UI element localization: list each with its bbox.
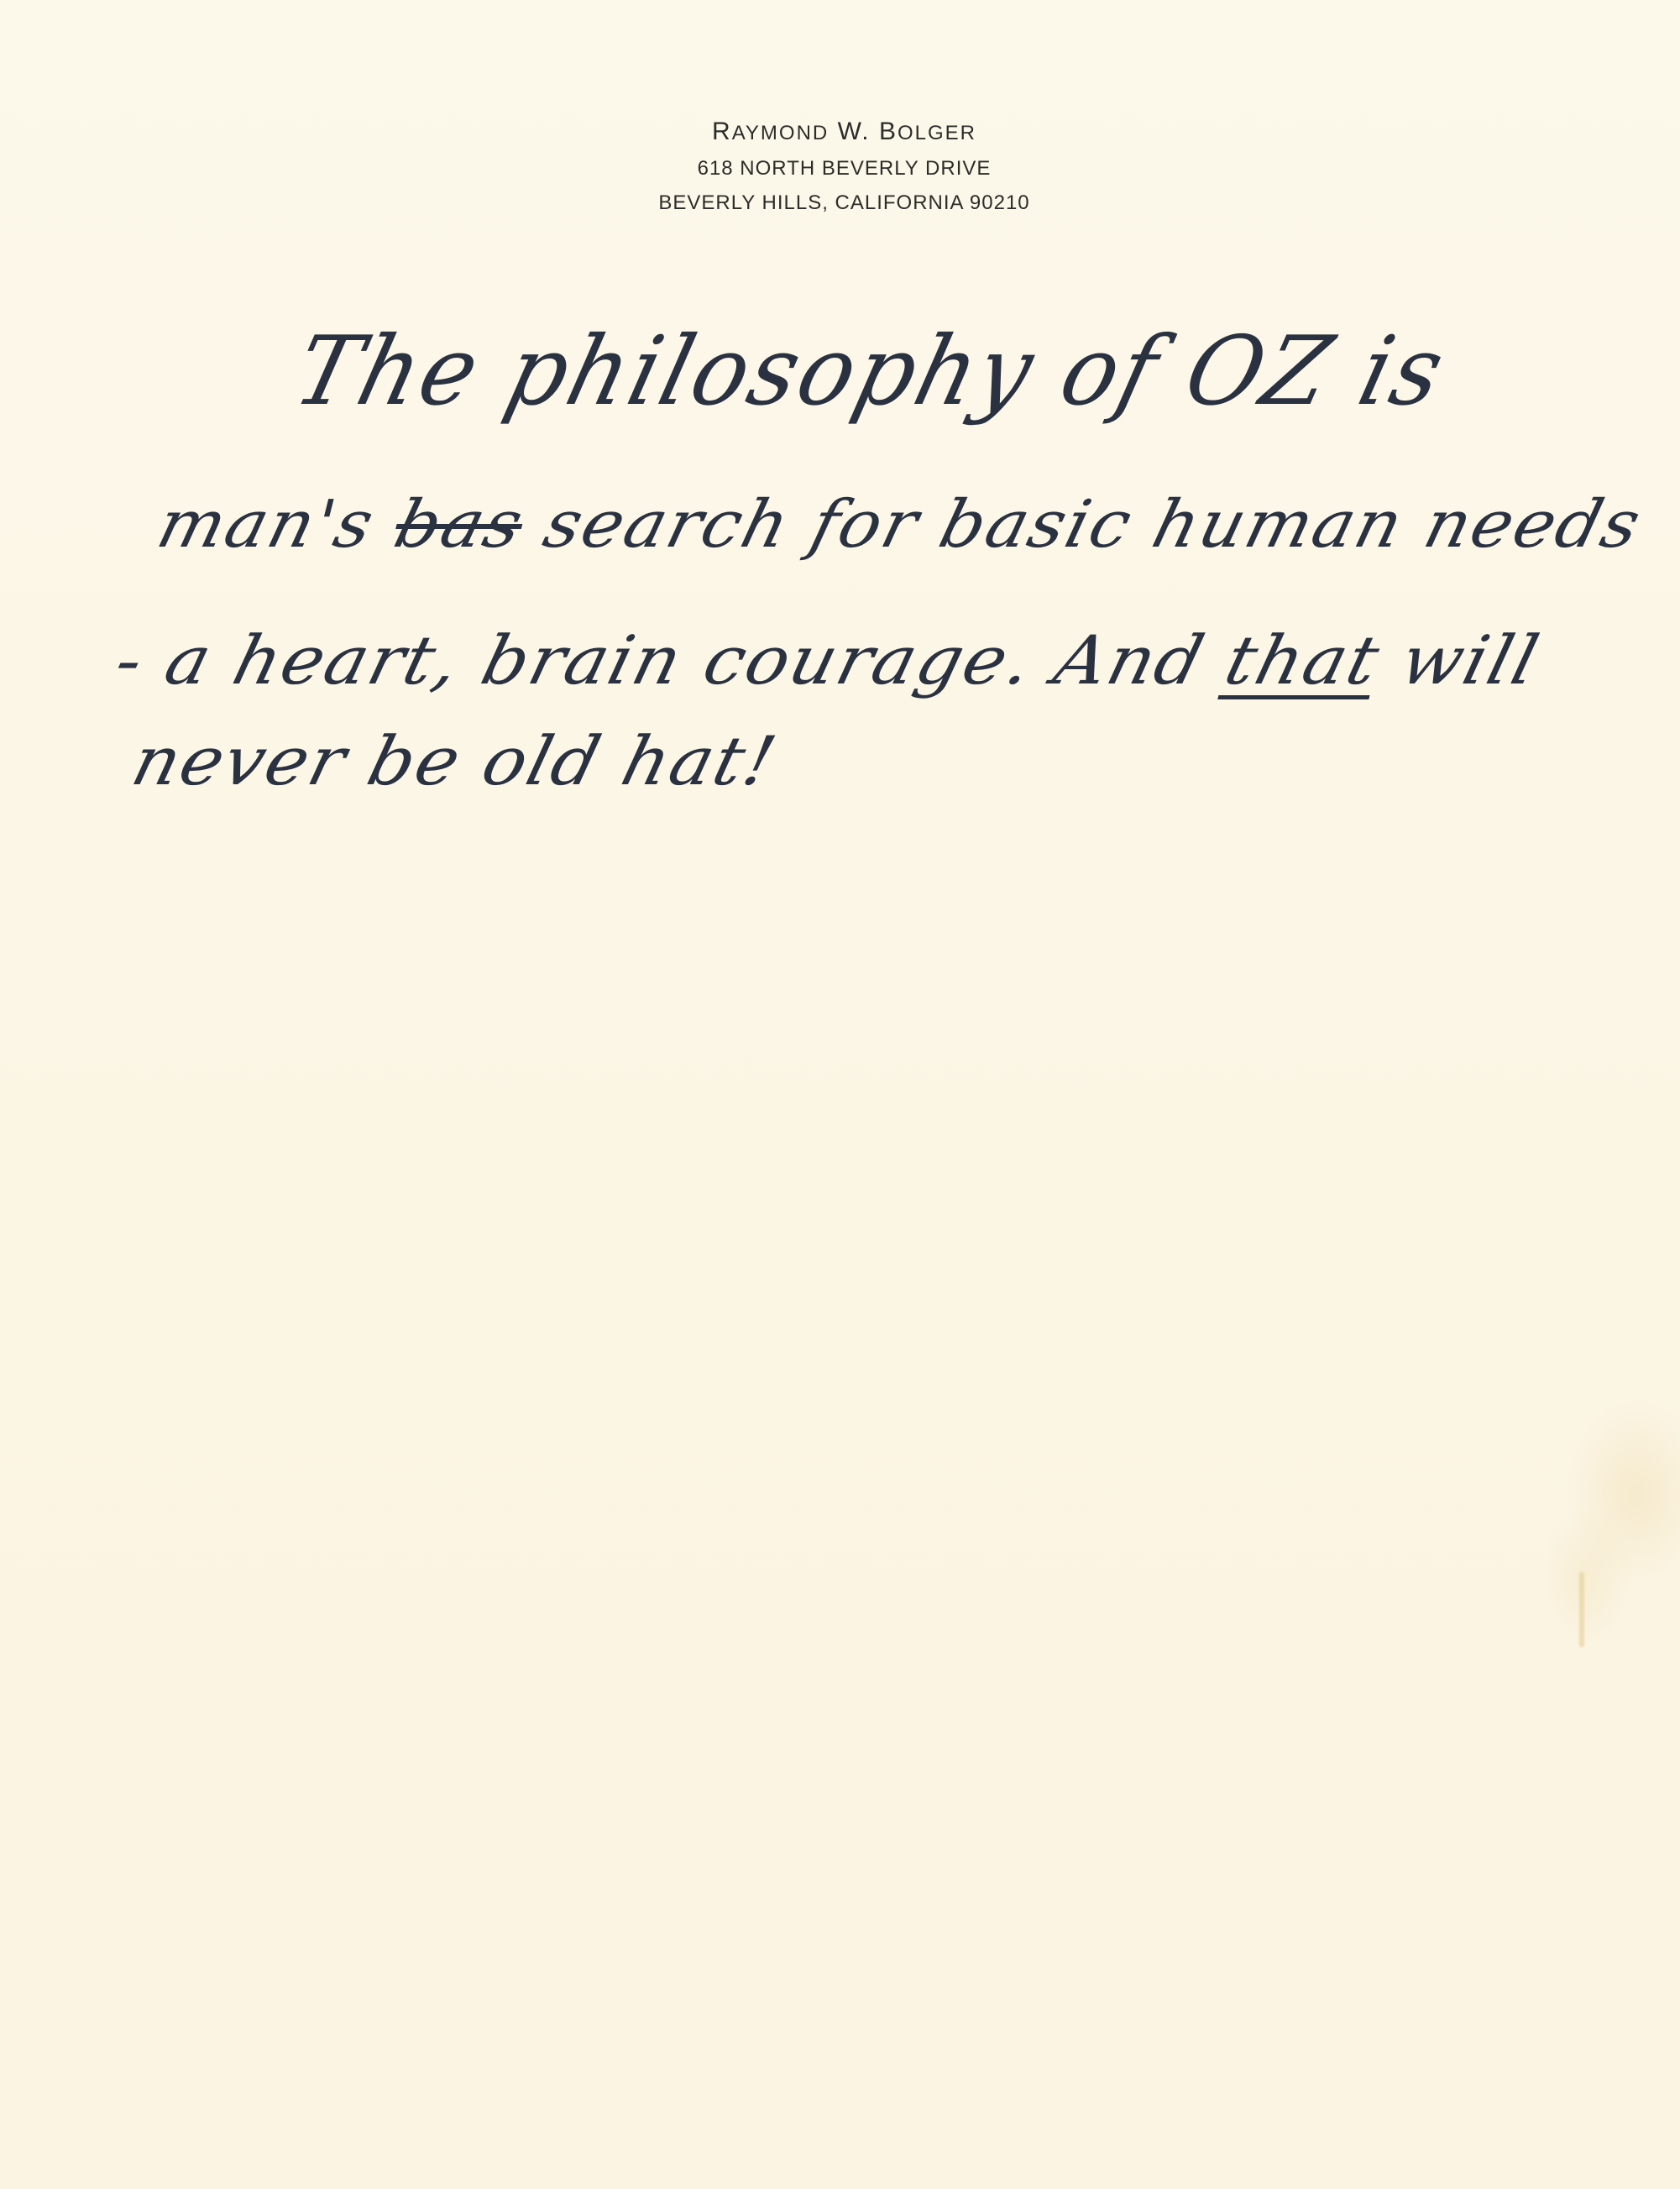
note-text: search for basic human needs <box>513 487 1650 563</box>
struck-word: bas <box>387 487 531 563</box>
handwritten-note: The philosophy of OZ is man's bas search… <box>0 0 1680 2189</box>
note-text: man's <box>150 487 406 563</box>
letter-page: RAYMOND W. BOLGER 618 NORTH BEVERLY DRIV… <box>0 0 1680 2189</box>
note-line-1: The philosophy of OZ is <box>285 317 1457 427</box>
note-line-4: never be old hat! <box>124 722 785 800</box>
note-line-3: - a heart, brain courage. And that will <box>107 621 1547 699</box>
underlined-word: that <box>1217 621 1388 699</box>
note-line-2: man's bas search for basic human needs <box>150 487 1650 563</box>
note-text: will <box>1369 621 1547 699</box>
note-text: - a heart, brain courage. And <box>107 621 1237 699</box>
